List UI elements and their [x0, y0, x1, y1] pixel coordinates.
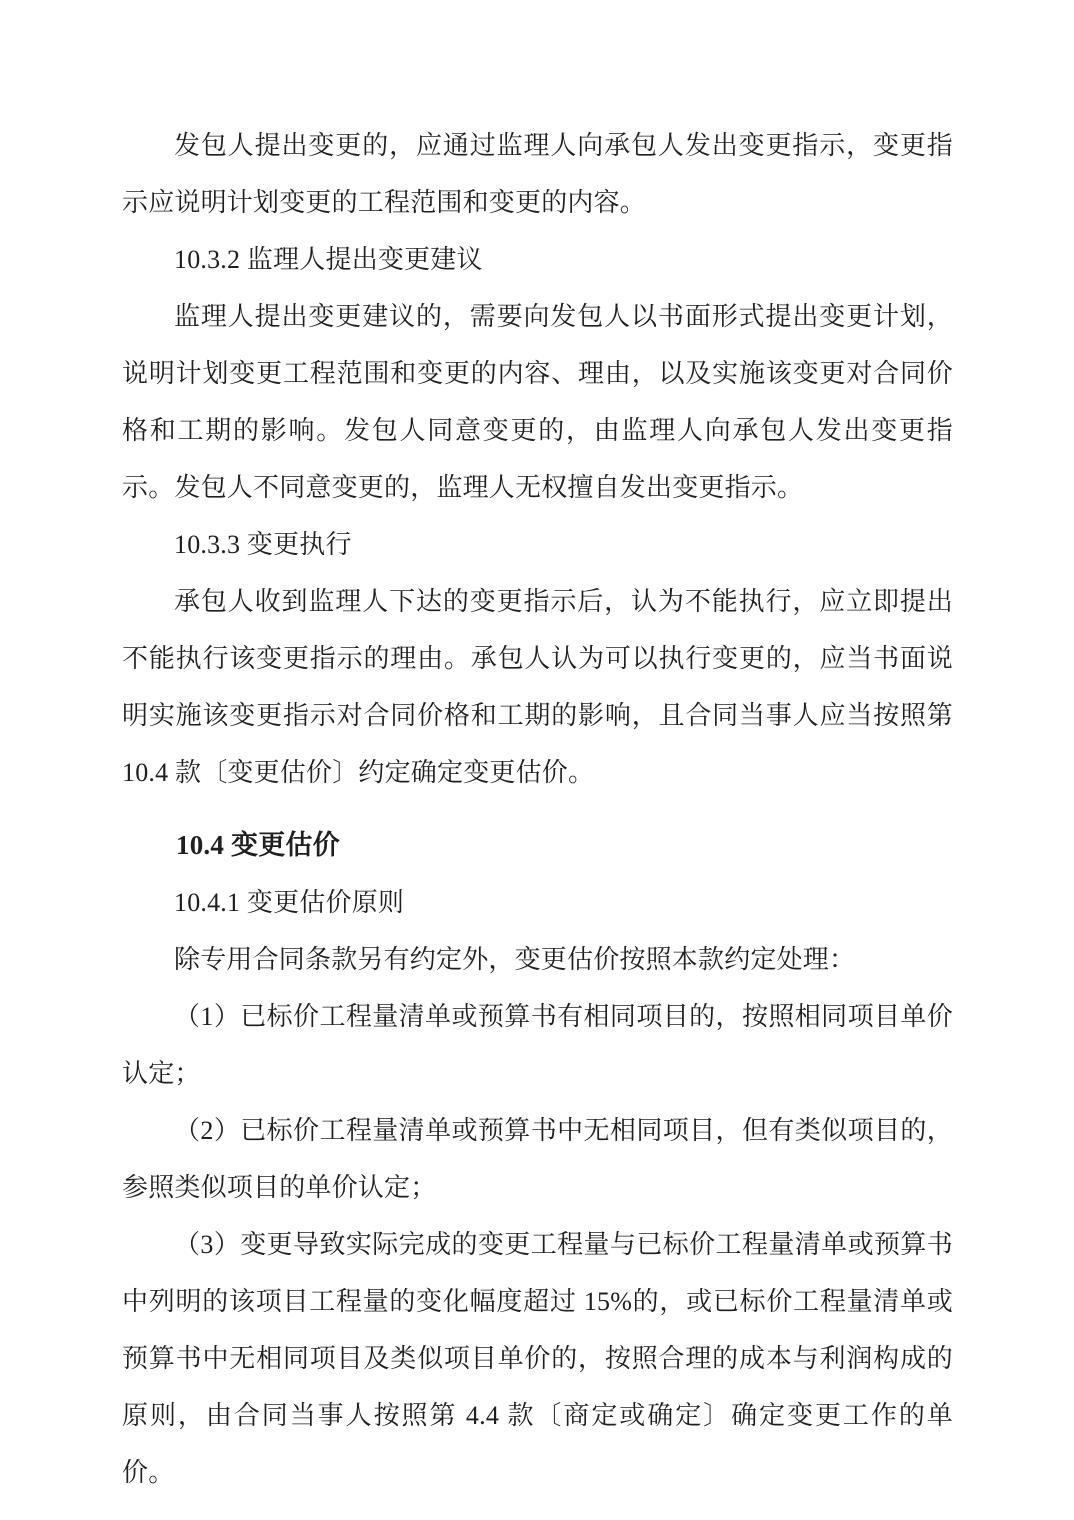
- paragraph-change-execution: 承包人收到监理人下达的变更指示后，认为不能执行，应立即提出不能执行该变更指示的理…: [122, 573, 953, 801]
- clause-heading-10-3-2: 10.3.2 监理人提出变更建议: [122, 231, 953, 288]
- paragraph-valuation-rule-1: （1）已标价工程量清单或预算书有相同项目的，按照相同项目单价认定；: [122, 988, 953, 1102]
- clause-heading-10-4-1: 10.4.1 变更估价原则: [122, 874, 953, 931]
- paragraph-supervisor-change-proposal: 监理人提出变更建议的，需要向发包人以书面形式提出变更计划，说明计划变更工程范围和…: [122, 288, 953, 516]
- clause-heading-10-3-3: 10.3.3 变更执行: [122, 516, 953, 573]
- paragraph-valuation-principle-intro: 除专用合同条款另有约定外，变更估价按照本款约定处理：: [122, 931, 953, 988]
- paragraph-valuation-rule-2: （2）已标价工程量清单或预算书中无相同项目，但有类似项目的，参照类似项目的单价认…: [122, 1102, 953, 1216]
- paragraph-valuation-rule-3: （3）变更导致实际完成的变更工程量与已标价工程量清单或预算书中列明的该项目工程量…: [122, 1216, 953, 1501]
- section-heading-10-4: 10.4 变更估价: [122, 817, 953, 874]
- document-page: 发包人提出变更的，应通过监理人向承包人发出变更指示，变更指示应说明计划变更的工程…: [0, 0, 1074, 1520]
- paragraph-employer-change-instruction: 发包人提出变更的，应通过监理人向承包人发出变更指示，变更指示应说明计划变更的工程…: [122, 117, 953, 231]
